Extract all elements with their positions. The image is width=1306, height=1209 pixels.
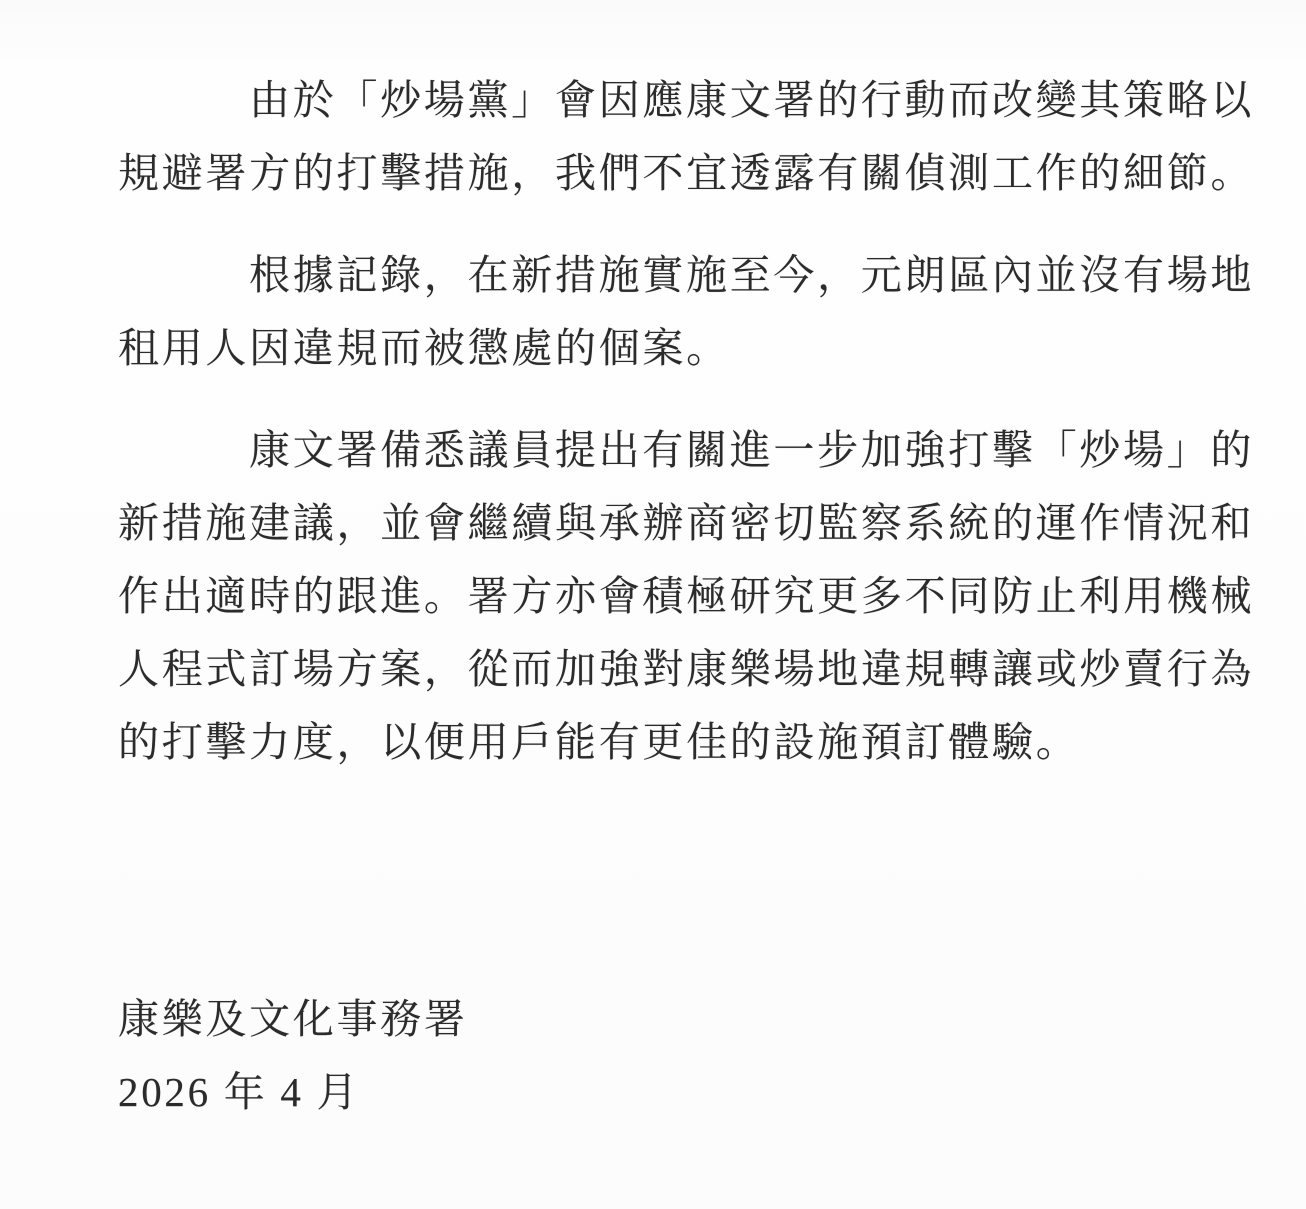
paragraph-line: 康文署備悉議員提出有關進一步加強打擊「炒場」的 (118, 414, 1258, 487)
paragraph-2: 根據記錄，在新措施實施至今，元朗區內並沒有場地 租用人因違規而被懲處的個案。 (118, 239, 1258, 385)
paragraph-line: 的打擊力度，以便用戶能有更佳的設施預訂體驗。 (118, 706, 1258, 779)
document-page: 由於「炒場黨」會因應康文署的行動而改變其策略以 規避署方的打擊措施，我們不宜透露… (0, 0, 1306, 1209)
date-line: 2026 年 4 月 (118, 1056, 1258, 1129)
paragraph-line: 作出適時的跟進。署方亦會積極研究更多不同防止利用機械 (118, 560, 1258, 633)
signature-department: 康樂及文化事務署 (118, 983, 1258, 1056)
paragraph-line: 租用人因違規而被懲處的個案。 (118, 312, 1258, 385)
paragraph-3: 康文署備悉議員提出有關進一步加強打擊「炒場」的 新措施建議，並會繼續與承辦商密切… (118, 414, 1258, 779)
paragraph-line: 根據記錄，在新措施實施至今，元朗區內並沒有場地 (118, 239, 1258, 312)
paragraph-line: 規避署方的打擊措施，我們不宜透露有關偵測工作的細節。 (118, 137, 1258, 210)
paragraph-line: 人程式訂場方案，從而加強對康樂場地違規轉讓或炒賣行為 (118, 633, 1258, 706)
paragraph-line: 由於「炒場黨」會因應康文署的行動而改變其策略以 (118, 64, 1258, 137)
paragraph-line: 新措施建議，並會繼續與承辦商密切監察系統的運作情況和 (118, 487, 1258, 560)
paragraph-1: 由於「炒場黨」會因應康文署的行動而改變其策略以 規避署方的打擊措施，我們不宜透露… (118, 64, 1258, 210)
document-footer: 康樂及文化事務署 2026 年 4 月 (118, 983, 1258, 1129)
